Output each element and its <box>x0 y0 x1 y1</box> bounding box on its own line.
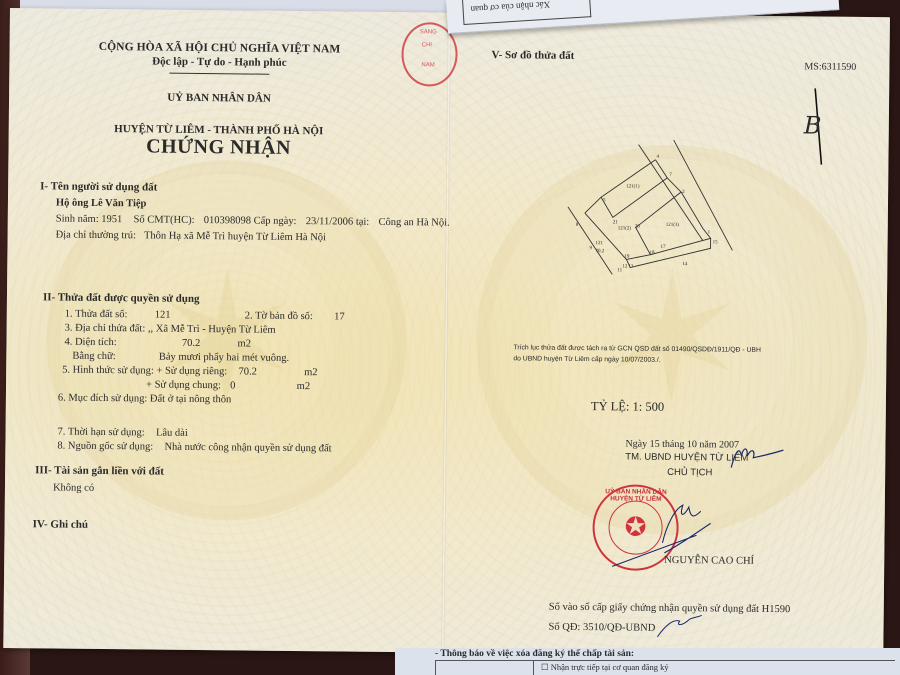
land-use-certificate: CỘNG HÒA XÃ HỘI CHỦ NGHĨA VIỆT NAM Độc l… <box>3 8 890 657</box>
private-use-label: + Sử dụng riêng: <box>156 366 227 378</box>
shared-use-area: 0 <box>230 380 235 391</box>
area-words: Bảy mươi phẩy hai mét vuông. <box>159 352 289 364</box>
purpose-label: 6. Mục đích sử dụng: <box>58 393 148 405</box>
issue-place: Công an Hà Nội. <box>378 217 449 229</box>
use-form-label: 5. Hình thức sử dụng: <box>62 365 154 377</box>
extract-note: Trích lục thửa đất được tách ra từ GCN Q… <box>513 342 761 367</box>
private-use-unit: m2 <box>304 367 318 378</box>
map-number: 17 <box>334 311 345 322</box>
location-line: 3. Địa chỉ thửa đất: ,, Xã Mễ Trì - Huyệ… <box>65 323 276 336</box>
nation-title: CỘNG HÒA XÃ HỘI CHỦ NGHĨA VIỆT NAM <box>90 41 350 56</box>
section-4-heading: IV- Ghi chú <box>33 518 89 531</box>
location-label: 3. Địa chỉ thửa đất: <box>65 323 146 335</box>
purpose-line: 6. Mục đích sử dụng: Đất ở tại nông thôn <box>58 393 232 406</box>
private-use-area: 70.2 <box>238 366 256 377</box>
purpose-value: Đất ở tại nông thôn <box>150 393 231 405</box>
area-unit: m2 <box>238 338 252 349</box>
register-number: H1590 <box>762 604 791 615</box>
parcel-number: 121 <box>155 310 171 321</box>
signing-date: Ngày 15 tháng 10 năm 2007 <box>625 438 739 450</box>
section-1-heading: I- Tên người sử dụng đất <box>40 180 157 193</box>
shared-use-label: + Sử dụng chung: <box>146 379 221 391</box>
birth-label: Sinh năm: <box>56 213 99 224</box>
issue-place-label: tại: <box>356 217 370 228</box>
section-2-heading: II- Thửa đất được quyền sử dụng <box>43 291 200 305</box>
address-line: Địa chỉ thường trú: Thôn Hạ xã Mễ Trì hu… <box>56 229 326 243</box>
address-label: Địa chỉ thường trú: <box>56 229 136 241</box>
form-option: ☐ Nhận trực tiếp tại cơ quan đăng ký <box>541 662 669 673</box>
signer-role: CHỦ TỊCH <box>667 467 712 478</box>
overlapping-form-bottom: - Thông báo về việc xóa đăng ký thế chấp… <box>395 648 900 675</box>
north-symbol: B <box>804 111 822 139</box>
area-value: 70.2 <box>182 338 200 349</box>
decision-label: Số QĐ: <box>548 622 580 633</box>
signing-organization: TM. UBND HUYỆN TỪ LIÊM <box>625 451 748 463</box>
national-motto: Độc lập - Tự do - Hạnh phúc <box>89 55 349 70</box>
issue-date: 23/11/2006 <box>306 216 354 227</box>
origin-line: 8. Nguồn gốc sử dụng: Nhà nước công nhận… <box>57 441 331 455</box>
area-words-line: Bằng chữ: Bảy mươi phẩy hai mét vuông. <box>72 351 289 364</box>
register-label: Số vào sổ cấp giấy chứng nhận quyền sử d… <box>549 602 759 615</box>
shared-use-line: + Sử dụng chung: 0 m2 <box>146 379 310 392</box>
term-value: Lâu dài <box>156 428 188 439</box>
motto-underline <box>169 73 269 75</box>
stamp-text: CHI <box>422 42 432 48</box>
origin-label: 8. Nguồn gốc sử dụng: <box>57 441 153 453</box>
section-3-heading: III- Tài sản gắn liền với đất <box>35 464 164 477</box>
area-label: 4. Diện tích: <box>64 337 116 349</box>
form-divider <box>533 660 534 675</box>
shared-use-unit: m2 <box>297 381 311 392</box>
stamp-text: SANG <box>420 29 437 35</box>
stamp-text: NAM <box>421 62 434 68</box>
area-line: 4. Diện tích: 70.2 m2 <box>64 337 251 350</box>
map-line: 2. Tờ bản đồ số: 17 <box>245 310 345 322</box>
origin-value: Nhà nước công nhận quyền sử dụng đất <box>164 442 331 455</box>
assets-value: Không có <box>53 482 94 493</box>
address-value: Thôn Hạ xã Mễ Trì huyện Từ Liêm Hà Nội <box>144 230 326 243</box>
committee-name: UỶ BAN NHÂN DÂN <box>89 91 349 106</box>
term-label: 7. Thời hạn sử dụng: <box>58 427 145 439</box>
term-line: 7. Thời hạn sử dụng: Lâu dài <box>58 427 188 439</box>
location-value: ,, Xã Mễ Trì - Huyện Từ Liêm <box>148 323 276 335</box>
left-page: CỘNG HÒA XÃ HỘI CHỦ NGHĨA VIỆT NAM Độc l… <box>3 8 448 653</box>
id-label: Số CMT(HC): <box>133 214 194 226</box>
map-scale: TỶ LỆ: 1: 500 <box>591 399 664 415</box>
serial-number: MS:6311590 <box>804 61 856 73</box>
issue-label: Cấp ngày: <box>254 216 297 227</box>
parcel-label: 1. Thửa đất số: <box>65 309 128 321</box>
certificate-title: CHỨNG NHẬN <box>88 135 348 161</box>
section-5-heading: V- Sơ đồ thửa đất <box>491 49 574 62</box>
words-label: Bằng chữ: <box>72 351 115 362</box>
owner-name: Hộ ông Lê Văn Tiệp <box>56 197 147 209</box>
owner-id-line: Sinh năm: 1951 Số CMT(HC): 010398098 Cấp… <box>56 213 450 228</box>
form-heading: - Thông báo về việc xóa đăng ký thế chấp… <box>435 649 634 659</box>
decision-number: 3510/QĐ-UBND <box>583 622 655 634</box>
use-form-line: 5. Hình thức sử dụng: + Sử dụng riêng: 7… <box>62 365 317 379</box>
parcel-line: 1. Thửa đất số: 121 <box>65 309 171 321</box>
id-number: 010398098 <box>204 215 251 226</box>
signer-name: NGUYỄN CAO CHÍ <box>664 555 754 567</box>
decision-number-line: Số QĐ: 3510/QĐ-UBND <box>548 622 655 634</box>
map-label: 2. Tờ bản đồ số: <box>245 310 313 322</box>
birth-year: 1951 <box>101 214 122 225</box>
national-emblem-icon: ✪ <box>625 512 647 542</box>
